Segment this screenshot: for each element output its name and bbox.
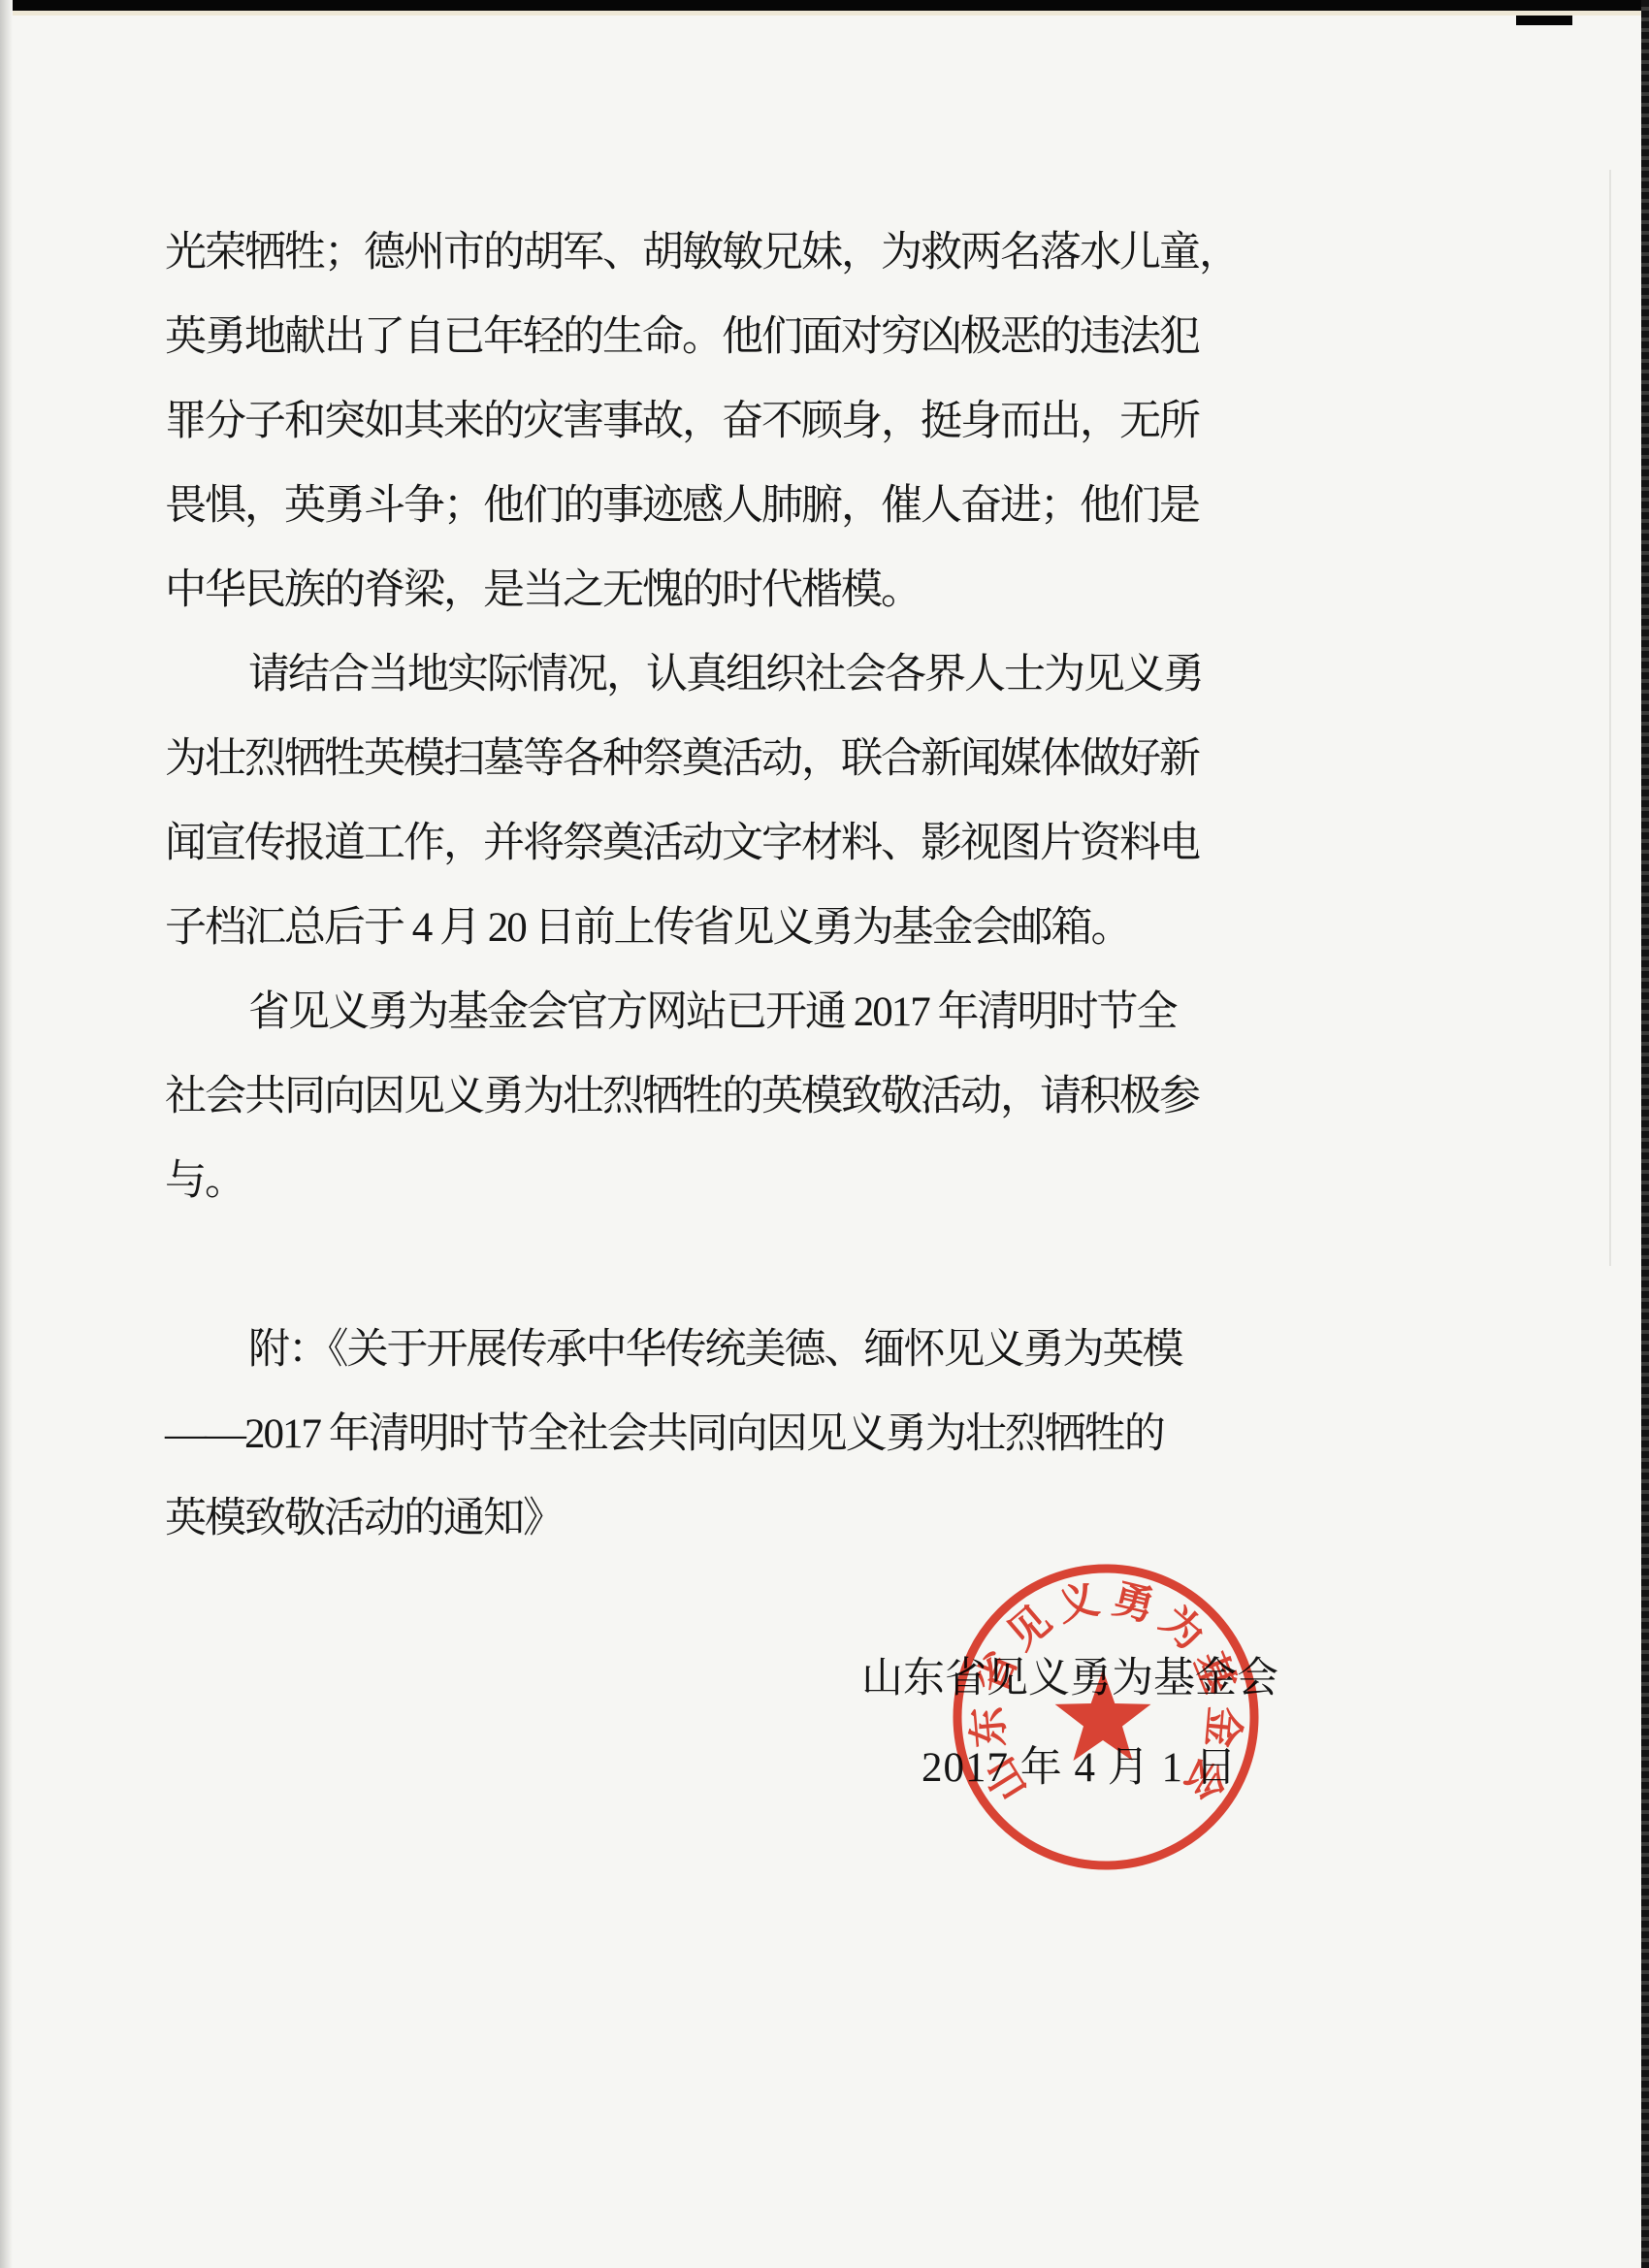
body-line: 请结合当地实际情况，认真组织社会各界人士为见义勇 <box>165 632 1290 717</box>
scan-left-edge <box>0 0 13 2268</box>
body-line: 子档汇总后于 4 月 20 日前上传省见义勇为基金会邮箱。 <box>165 886 1290 970</box>
seal-char: 省 <box>969 1645 1026 1701</box>
seal-char: 东 <box>965 1704 1014 1749</box>
body-line: 英勇地献出了自已年轻的生命。他们面对穷凶极恶的违法犯 <box>165 295 1290 379</box>
attachment-line: 英模致敬活动的通知》 <box>165 1476 1290 1561</box>
body-line: 光荣牺牲；德州市的胡军、胡敏敏兄妹，为救两名落水儿童， <box>165 211 1290 295</box>
body-line: 与。 <box>165 1139 1290 1223</box>
seal-char: 金 <box>1198 1704 1246 1749</box>
body-line: 畏惧，英勇斗争；他们的事迹感人肺腑，催人奋进；他们是 <box>165 464 1290 548</box>
official-seal: 山 东 省 见 义 勇 为 基 金 会 <box>946 1557 1266 1877</box>
document-body: 光荣牺牲；德州市的胡军、胡敏敏兄妹，为救两名落水儿童， 英勇地献出了自已年轻的生… <box>165 211 1290 1561</box>
scan-right-edge <box>1641 0 1649 2268</box>
attachment-line: 附：《关于开展传承中华传统美德、缅怀见义勇为英模 <box>165 1308 1290 1392</box>
body-line: 闻宣传报道工作，并将祭奠活动文字材料、影视图片资料电 <box>165 801 1290 886</box>
body-line: 省见义勇为基金会官方网站已开通 2017 年清明时节全 <box>165 970 1290 1054</box>
body-line: 中华民族的脊梁，是当之无愧的时代楷模。 <box>165 548 1290 632</box>
body-line: 罪分子和突如其来的灾害事故，奋不顾身，挺身而出，无所 <box>165 379 1290 464</box>
blank-line <box>165 1223 1290 1308</box>
body-line: 社会共同向因见义勇为壮烈牺牲的英模致敬活动，请积极参 <box>165 1054 1290 1139</box>
body-line: 为壮烈牺牲英模扫墓等各种祭奠活动，联合新闻媒体做好新 <box>165 717 1290 801</box>
paper-crease-line <box>1609 170 1611 1266</box>
seal-star-icon <box>1055 1669 1151 1761</box>
scan-top-paper-edge <box>0 11 1649 16</box>
seal-char: 勇 <box>1108 1576 1158 1631</box>
attachment-line: ——2017 年清明时节全社会共同向因见义勇为壮烈牺牲的 <box>165 1392 1290 1476</box>
seal-char: 义 <box>1053 1577 1104 1631</box>
scanned-document-page: 光荣牺牲；德州市的胡军、胡敏敏兄妹，为救两名落水儿童， 英勇地献出了自已年轻的生… <box>0 0 1649 2268</box>
seal-char: 基 <box>1185 1646 1242 1701</box>
